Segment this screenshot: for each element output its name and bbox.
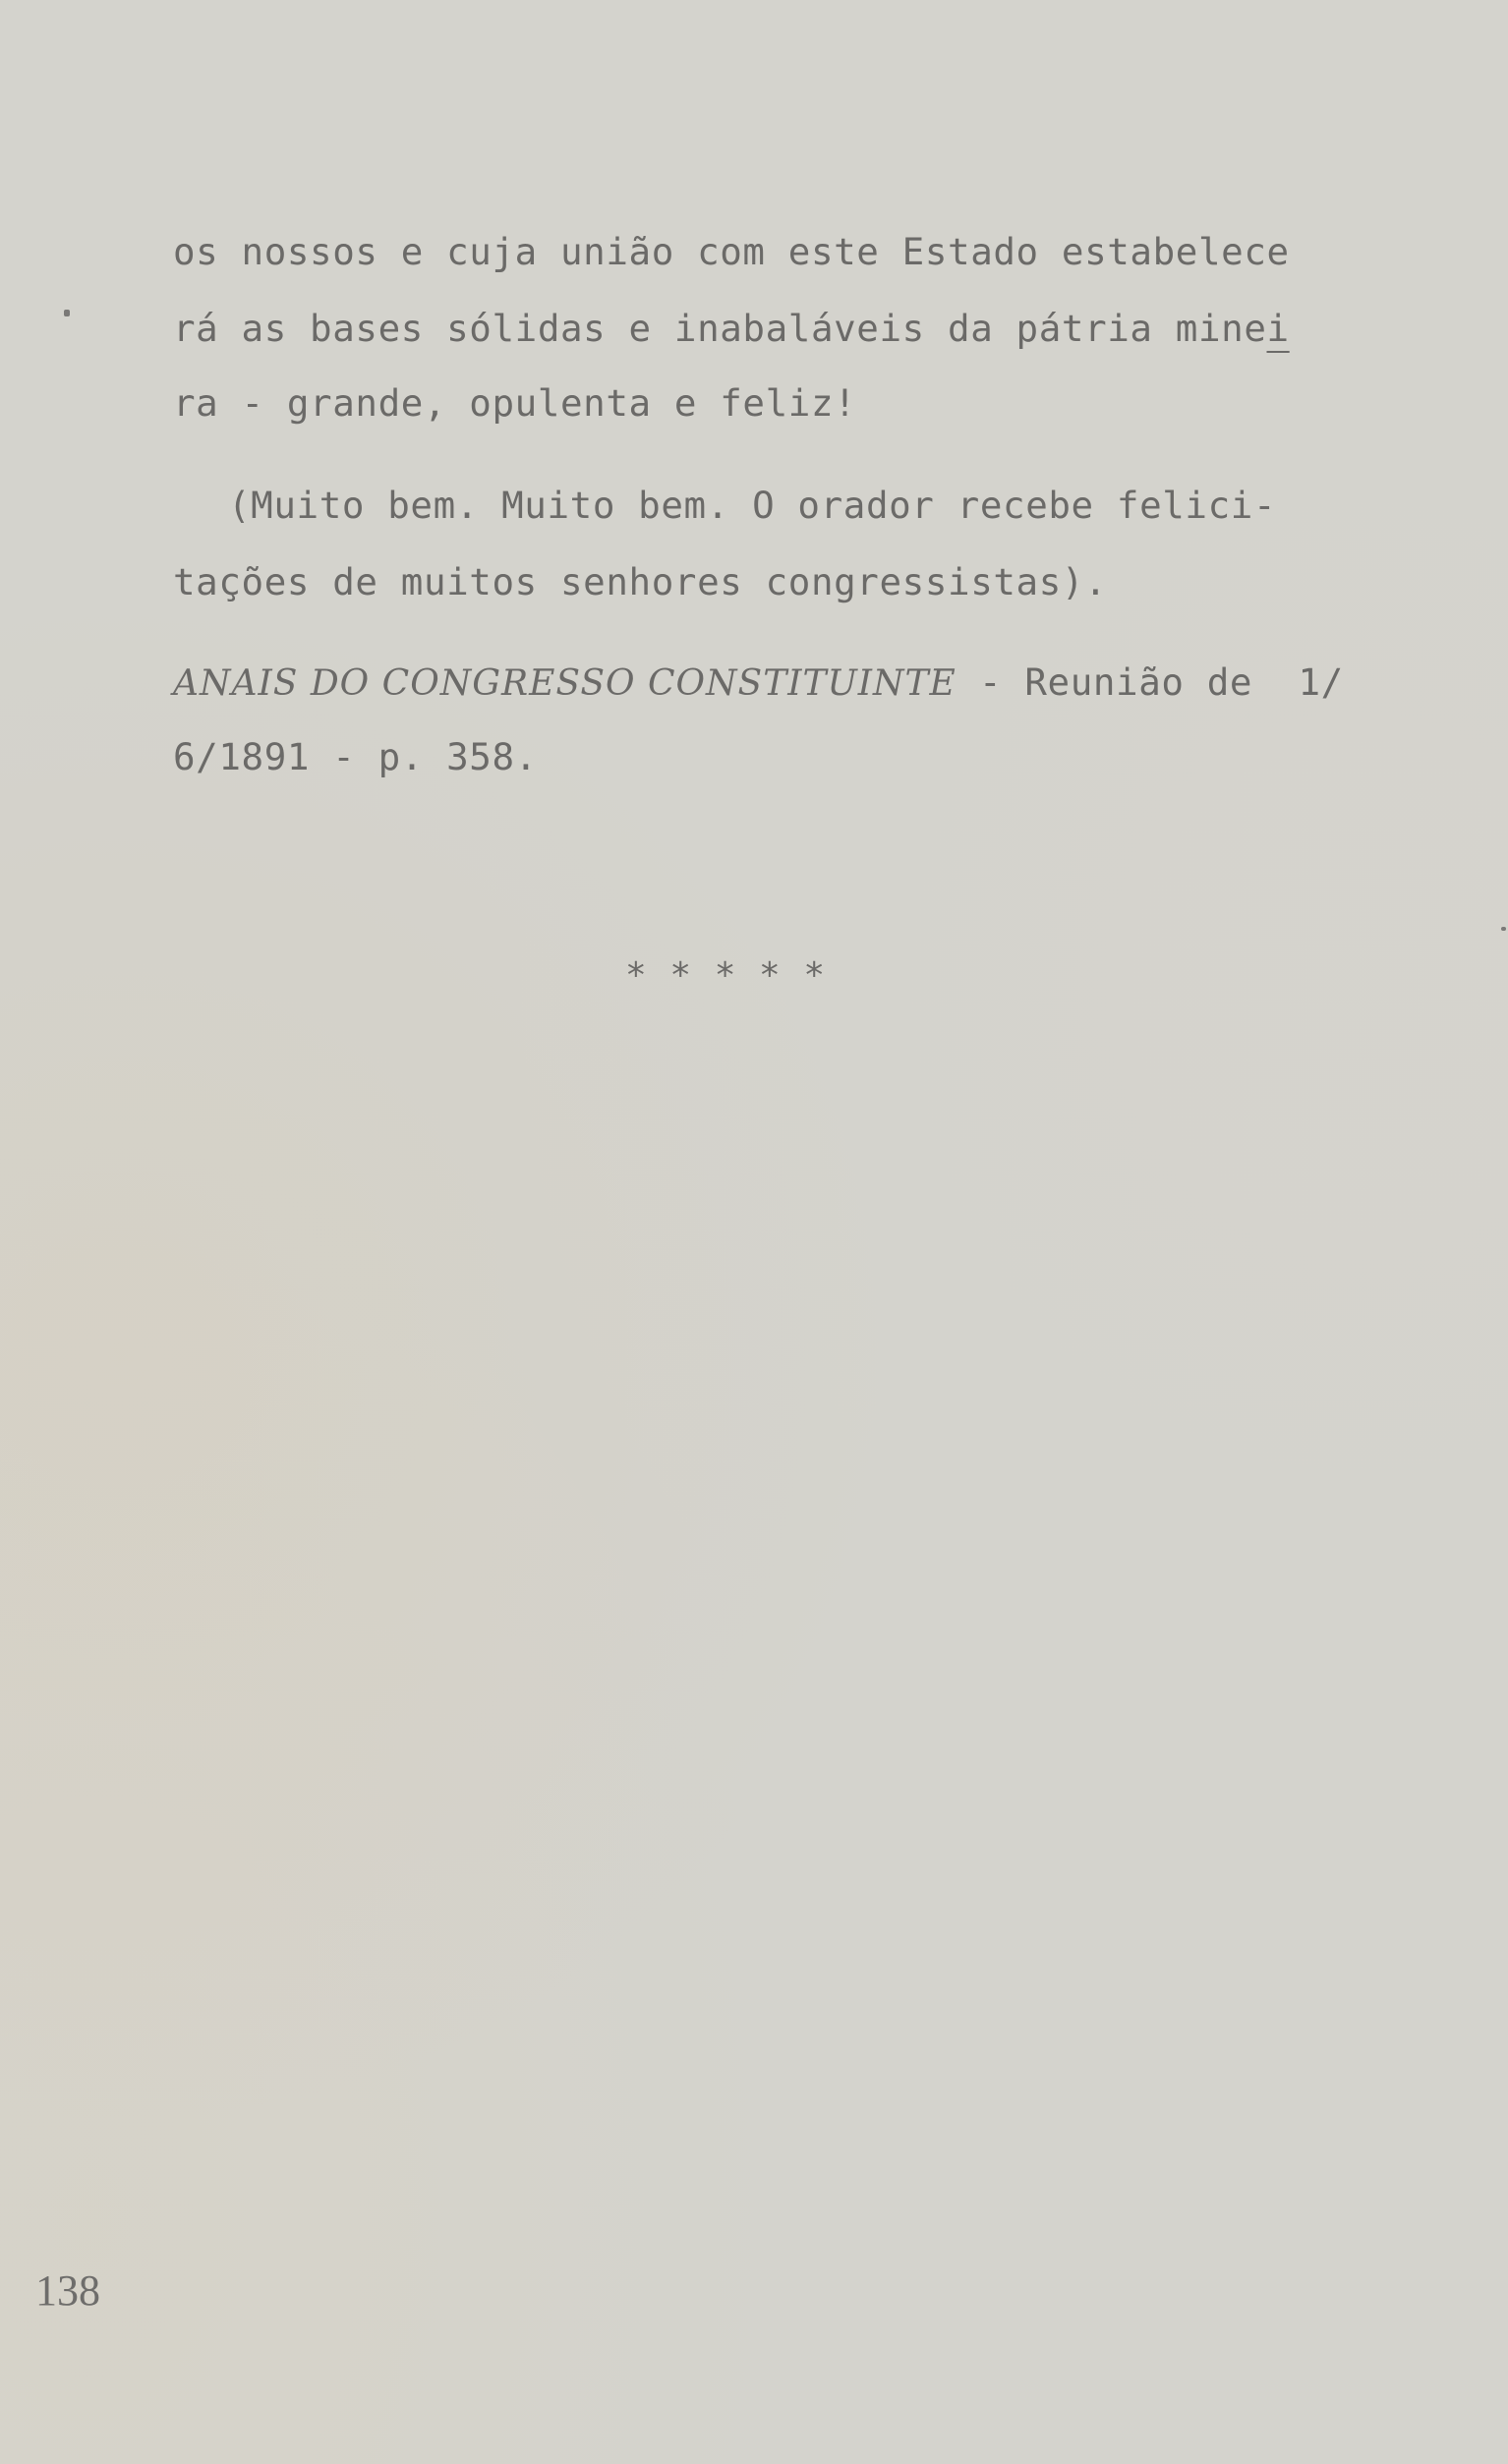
- citation-detail: - Reunião de 1/: [957, 660, 1344, 704]
- scan-speck: [64, 310, 70, 316]
- page-background: [0, 0, 1508, 2464]
- underlined-char: i: [1267, 307, 1290, 350]
- text-line: tações de muitos senhores congressistas)…: [173, 558, 1107, 605]
- citation-line: 6/1891 - p. 358.: [173, 733, 538, 780]
- text-line-content: rá as bases sólidas e inabaláveis da pát…: [173, 307, 1267, 350]
- text-line: ra - grande, opulenta e feliz!: [173, 379, 856, 427]
- text-line: rá as bases sólidas e inabaláveis da pát…: [173, 305, 1290, 352]
- section-separator: * * * * *: [625, 955, 826, 996]
- scan-speck: [1501, 927, 1506, 931]
- citation-line: ANAIS DO CONGRESSO CONSTITUINTE - Reuniã…: [173, 659, 1344, 708]
- text-line: (Muito bem. Muito bem. O orador recebe f…: [228, 482, 1276, 529]
- citation-source-title: ANAIS DO CONGRESSO CONSTITUINTE: [173, 663, 957, 704]
- text-line: os nossos e cuja união com este Estado e…: [173, 228, 1290, 275]
- page-number: 138: [35, 2265, 100, 2316]
